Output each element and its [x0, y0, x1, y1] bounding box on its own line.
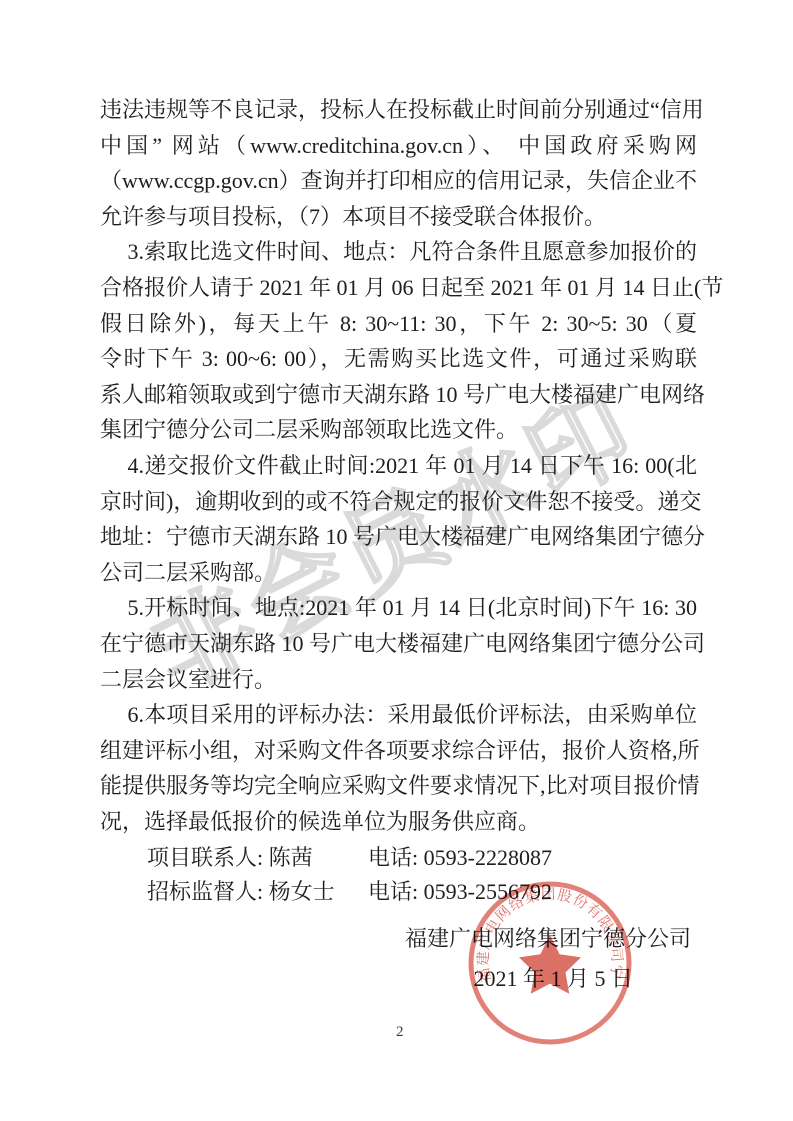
body-line: 假日除外)，每天上午 8: 30~11: 30，下午 2: 30~5: 30（夏: [100, 306, 697, 342]
contact-phone: 电话: 0593-2228087: [368, 845, 552, 870]
body-line: 地址：宁德市天湖东路 10 号广电大楼福建广电网络集团宁德分: [100, 519, 697, 555]
body-line: 令时下午 3: 00~6: 00），无需购买比选文件，可通过采购联: [100, 341, 697, 377]
body-line: 5.开标时间、地点:2021 年 01 月 14 日(北京时间)下午 16: 3…: [100, 590, 697, 626]
seal-star: [519, 935, 581, 994]
body-line: 二层会议室进行。: [100, 662, 697, 698]
body-line: 在宁德市天湖东路 10 号广电大楼福建广电网络集团宁德分公司: [100, 626, 697, 662]
body-line: 集团宁德分公司二层采购部领取比选文件。: [100, 412, 697, 448]
body-line: 组建评标小组，对采购文件各项要求综合评估，报价人资格,所: [100, 733, 697, 769]
body-line: 6.本项目采用的评标办法：采用最低价评标法，由采购单位: [100, 697, 697, 733]
company-seal: 福建广电网络集团股份有限公司宁德分公司: [458, 871, 642, 1055]
page-number: 2: [396, 1024, 404, 1041]
body-line: 公司二层采购部。: [100, 555, 697, 591]
body-line: 3.索取比选文件时间、地点：凡符合条件且愿意参加报价的: [100, 234, 697, 270]
contact-person: 项目联系人: 陈茜: [147, 841, 368, 875]
body-line: 违法违规等不良记录，投标人在投标截止时间前分别通过“信用: [100, 92, 697, 128]
body-line: 4.递交报价文件截止时间:2021 年 01 月 14 日下午 16: 00(北: [100, 448, 697, 484]
body-line: 合格报价人请于 2021 年 01 月 06 日起至 2021 年 01 月 1…: [100, 270, 697, 306]
body-line: 况，选择最低报价的候选单位为服务供应商。: [100, 804, 697, 840]
body-line: （www.ccgp.gov.cn）查询并打印相应的信用记录，失信企业不: [100, 163, 697, 199]
contact-person: 招标监督人: 杨女士: [147, 875, 368, 909]
body-line: 京时间)，逾期收到的或不符合规定的报价文件恕不接受。递交: [100, 484, 697, 520]
body-line: 允许参与项目投标，（7）本项目不接受联合体报价。: [100, 199, 697, 235]
document-body: 违法违规等不良记录，投标人在投标截止时间前分别通过“信用中国” 网站（www.c…: [100, 92, 697, 997]
body-line: 系人邮箱领取或到宁德市天湖东路 10 号广电大楼福建广电网络: [100, 377, 697, 413]
document-page: 非会员水印 违法违规等不良记录，投标人在投标截止时间前分别通过“信用中国” 网站…: [0, 0, 793, 1121]
body-line: 能提供服务等均完全响应采购文件要求情况下,比对项目报价情: [100, 768, 697, 804]
body-lines: 违法违规等不良记录，投标人在投标截止时间前分别通过“信用中国” 网站（www.c…: [100, 92, 697, 839]
body-line: 中国” 网站（www.creditchina.gov.cn）、 中国政府采购网: [100, 128, 697, 164]
